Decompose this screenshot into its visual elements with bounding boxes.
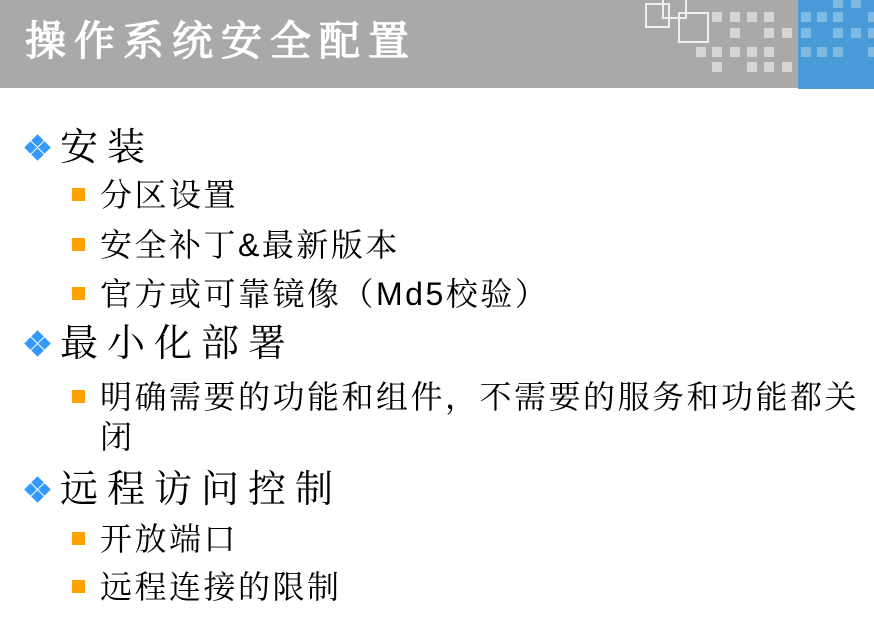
- bullet-text: 远程连接的限制: [100, 567, 342, 607]
- deco-blue-square: [868, 47, 874, 57]
- list-item: 安装: [24, 125, 154, 171]
- bullet-text: 开放端口: [100, 519, 238, 559]
- slide: 操作系统安全配置 安装 分区设置 安全补丁&最新版本 官方或可靠镜像（Md5校验…: [0, 0, 874, 618]
- deco-blue-square: [817, 47, 827, 57]
- deco-blue-square: [833, 47, 843, 57]
- deco-gray-square: [747, 12, 757, 22]
- deco-blue-square: [801, 28, 811, 38]
- square-bullet-icon: [72, 287, 85, 300]
- list-item: 安全补丁&最新版本: [72, 225, 400, 265]
- deco-gray-square: [712, 47, 722, 57]
- deco-blue-square: [851, 28, 861, 38]
- deco-gray-square: [730, 12, 740, 22]
- bullet-text: 最小化部署: [60, 321, 295, 367]
- bullet-text: 分区设置: [100, 175, 238, 215]
- square-bullet-icon: [72, 390, 85, 403]
- deco-gray-square: [764, 12, 774, 22]
- list-item: 远程访问控制: [24, 467, 342, 513]
- list-item: 分区设置: [72, 175, 238, 215]
- list-item: 开放端口: [72, 519, 238, 559]
- list-item: 最小化部署: [24, 321, 295, 367]
- bullet-text: 官方或可靠镜像（Md5校验）: [100, 274, 549, 314]
- bullet-text: 明确需要的功能和组件，不需要的服务和功能都关闭: [100, 377, 862, 457]
- deco-gray-square: [730, 47, 740, 57]
- deco-gray-square: [747, 62, 757, 72]
- deco-gray-square: [764, 28, 774, 38]
- deco-gray-square: [696, 47, 706, 57]
- square-bullet-icon: [72, 238, 85, 251]
- diamond-cluster-bullet-icon: [24, 134, 51, 161]
- deco-blue-square: [833, 28, 843, 38]
- diamond-cluster-bullet-icon: [24, 330, 51, 357]
- deco-gray-square: [747, 47, 757, 57]
- list-item: 远程连接的限制: [72, 567, 342, 607]
- deco-blue-square: [868, 28, 874, 38]
- diamond-cluster-bullet-icon: [24, 476, 51, 503]
- deco-gray-square: [764, 47, 774, 57]
- slide-title: 操作系统安全配置: [25, 8, 417, 67]
- header-blue-block: [798, 0, 874, 89]
- list-item: 官方或可靠镜像（Md5校验）: [72, 274, 549, 314]
- deco-blue-square: [817, 12, 827, 22]
- deco-gray-square: [712, 12, 722, 22]
- deco-gray-square: [712, 62, 722, 72]
- bullet-text: 远程访问控制: [60, 467, 342, 513]
- slide-header: 操作系统安全配置: [0, 0, 874, 88]
- square-bullet-icon: [72, 188, 85, 201]
- square-bullet-icon: [72, 532, 85, 545]
- deco-gray-square: [782, 28, 792, 38]
- deco-outline-square: [678, 12, 709, 43]
- deco-blue-square: [801, 12, 811, 22]
- deco-blue-square: [851, 0, 861, 8]
- deco-gray-square: [730, 28, 740, 38]
- deco-blue-square: [833, 12, 843, 22]
- list-item: 明确需要的功能和组件，不需要的服务和功能都关闭: [72, 377, 862, 457]
- deco-blue-square: [801, 47, 811, 57]
- deco-gray-square: [764, 62, 774, 72]
- deco-gray-square: [782, 62, 792, 72]
- deco-blue-square: [833, 0, 843, 8]
- square-bullet-icon: [72, 580, 85, 593]
- bullet-text: 安全补丁&最新版本: [100, 225, 400, 265]
- deco-blue-square: [868, 12, 874, 22]
- bullet-text: 安装: [60, 125, 154, 171]
